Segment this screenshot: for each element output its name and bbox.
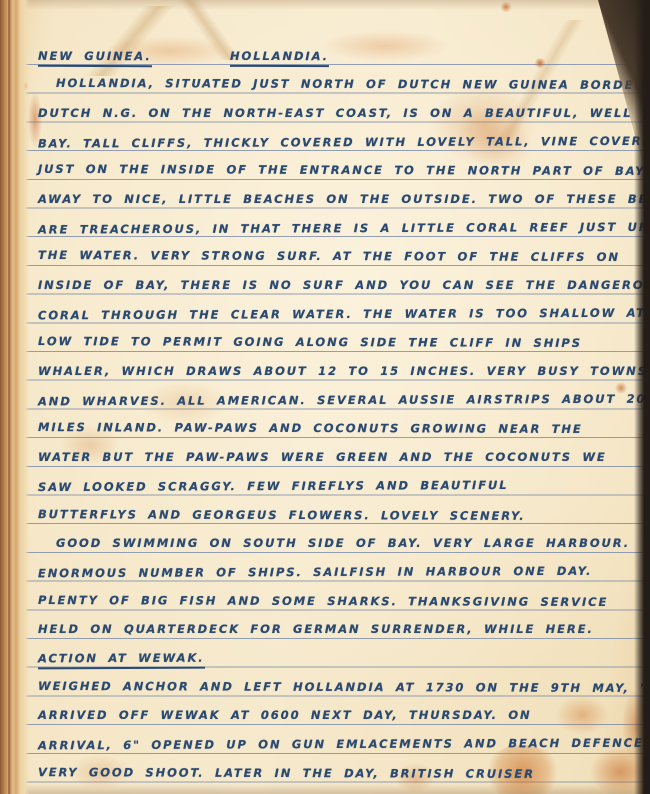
text-row: SAW LOOKED SCRAGGY. FEW FIREFLYS AND BEA… [0, 468, 650, 497]
scan-edge-right [634, 0, 650, 794]
text-row: ACTION AT WEWAK. [0, 640, 650, 669]
text-row: ENORMOUS NUMBER OF SHIPS. SAILFISH IN HA… [0, 554, 650, 583]
heading-place: HOLLANDIA. [230, 50, 329, 66]
diary-line: WATER BUT THE PAW-PAWS WERE GREEN AND TH… [38, 452, 607, 468]
text-row: HOLLANDIA, SITUATED JUST NORTH OF DUTCH … [0, 66, 650, 95]
diary-lines: HOLLANDIA, SITUATED JUST NORTH OF DUTCH … [0, 66, 650, 783]
diary-line: ENORMOUS NUMBER OF SHIPS. SAILFISH IN HA… [38, 566, 592, 584]
text-row: THE WATER. VERY STRONG SURF. AT THE FOOT… [0, 238, 650, 267]
text-row: JUST ON THE INSIDE OF THE ENTRANCE TO TH… [0, 152, 650, 181]
diary-line: BAY. TALL CLIFFS, THICKLY COVERED WITH L… [38, 135, 650, 154]
text-row: ARE TREACHEROUS, IN THAT THERE IS A LITT… [0, 209, 650, 238]
diary-line: INSIDE OF BAY, THERE IS NO SURF AND YOU … [38, 280, 650, 296]
text-row: PLENTY OF BIG FISH AND SOME SHARKS. THAN… [0, 582, 650, 611]
text-row: ARRIVED OFF WEWAK AT 0600 NEXT DAY, THUR… [0, 697, 650, 726]
diary-line: PLENTY OF BIG FISH AND SOME SHARKS. THAN… [38, 595, 608, 612]
diary-line: HELD ON QUARTERDECK FOR GERMAN SURRENDER… [38, 624, 594, 640]
text-row: CORAL THROUGH THE CLEAR WATER. THE WATER… [0, 296, 650, 325]
diary-line: ARRIVAL, 6" OPENED UP ON GUN EMLACEMENTS… [38, 738, 650, 756]
text-row: AWAY TO NICE, LITTLE BEACHES ON THE OUTS… [0, 181, 650, 210]
diary-line: AND WHARVES. ALL AMERICAN. SEVERAL AUSSI… [38, 393, 646, 411]
text-row: WHALER, WHICH DRAWS ABOUT 12 TO 15 INCHE… [0, 353, 650, 382]
diary-line: LOW TIDE TO PERMIT GOING ALONG SIDE THE … [38, 336, 582, 353]
text-row: LOW TIDE TO PERMIT GOING ALONG SIDE THE … [0, 324, 650, 353]
text-row: BUTTERFLYS AND GEORGEUS FLOWERS. LOVELY … [0, 496, 650, 525]
diary-line: CORAL THROUGH THE CLEAR WATER. THE WATER… [38, 307, 646, 325]
section-heading: ACTION AT WEWAK. [38, 653, 205, 669]
text-row: GOOD SWIMMING ON SOUTH SIDE OF BAY. VERY… [0, 525, 650, 554]
diary-line: AWAY TO NICE, LITTLE BEACHES ON THE OUTS… [38, 194, 650, 210]
text-row: MILES INLAND. PAW-PAWS AND COCONUTS GROW… [0, 410, 650, 439]
text-row: VERY GOOD SHOOT. LATER IN THE DAY, BRITI… [0, 755, 650, 784]
text-row: DUTCH N.G. ON THE NORTH-EAST COAST, IS O… [0, 95, 650, 124]
text-row: AND WHARVES. ALL AMERICAN. SEVERAL AUSSI… [0, 382, 650, 411]
diary-line: SAW LOOKED SCRAGGY. FEW FIREFLYS AND BEA… [38, 480, 509, 498]
text-row: BAY. TALL CLIFFS, THICKLY COVERED WITH L… [0, 123, 650, 152]
scanned-diary-page: NEW GUINEA. HOLLANDIA. HOLLANDIA, SITUAT… [0, 0, 650, 794]
diary-line: DUTCH N.G. ON THE NORTH-EAST COAST, IS O… [38, 108, 650, 124]
text-row: ARRIVAL, 6" OPENED UP ON GUN EMLACEMENTS… [0, 726, 650, 755]
text-row: WEIGHED ANCHOR AND LEFT HOLLANDIA AT 173… [0, 668, 650, 697]
diary-line: WHALER, WHICH DRAWS ABOUT 12 TO 15 INCHE… [38, 366, 650, 382]
diary-line: MILES INLAND. PAW-PAWS AND COCONUTS GROW… [38, 422, 583, 439]
diary-line: GOOD SWIMMING ON SOUTH SIDE OF BAY. VERY… [56, 538, 630, 554]
diary-text: NEW GUINEA. HOLLANDIA. HOLLANDIA, SITUAT… [0, 0, 650, 794]
text-row: WATER BUT THE PAW-PAWS WERE GREEN AND TH… [0, 439, 650, 468]
diary-line: WEIGHED ANCHOR AND LEFT HOLLANDIA AT 173… [38, 681, 650, 699]
diary-line: VERY GOOD SHOOT. LATER IN THE DAY, BRITI… [38, 767, 535, 784]
text-row: INSIDE OF BAY, THERE IS NO SURF AND YOU … [0, 267, 650, 296]
diary-line: BUTTERFLYS AND GEORGEUS FLOWERS. LOVELY … [38, 509, 526, 526]
scan-edge-top [0, 0, 650, 10]
diary-line: HOLLANDIA, SITUATED JUST NORTH OF DUTCH … [56, 78, 650, 96]
diary-line: THE WATER. VERY STRONG SURF. AT THE FOOT… [38, 250, 620, 268]
book-binding-edge [0, 0, 30, 794]
text-row: HELD ON QUARTERDECK FOR GERMAN SURRENDER… [0, 611, 650, 640]
diary-line: JUST ON THE INSIDE OF THE ENTRANCE TO TH… [38, 164, 650, 182]
scan-edge-bottom [0, 784, 650, 794]
heading-region: NEW GUINEA. [38, 50, 152, 66]
diary-line: ARE TREACHEROUS, IN THAT THERE IS A LITT… [38, 221, 650, 240]
diary-line: ARRIVED OFF WEWAK AT 0600 NEXT DAY, THUR… [38, 710, 532, 726]
